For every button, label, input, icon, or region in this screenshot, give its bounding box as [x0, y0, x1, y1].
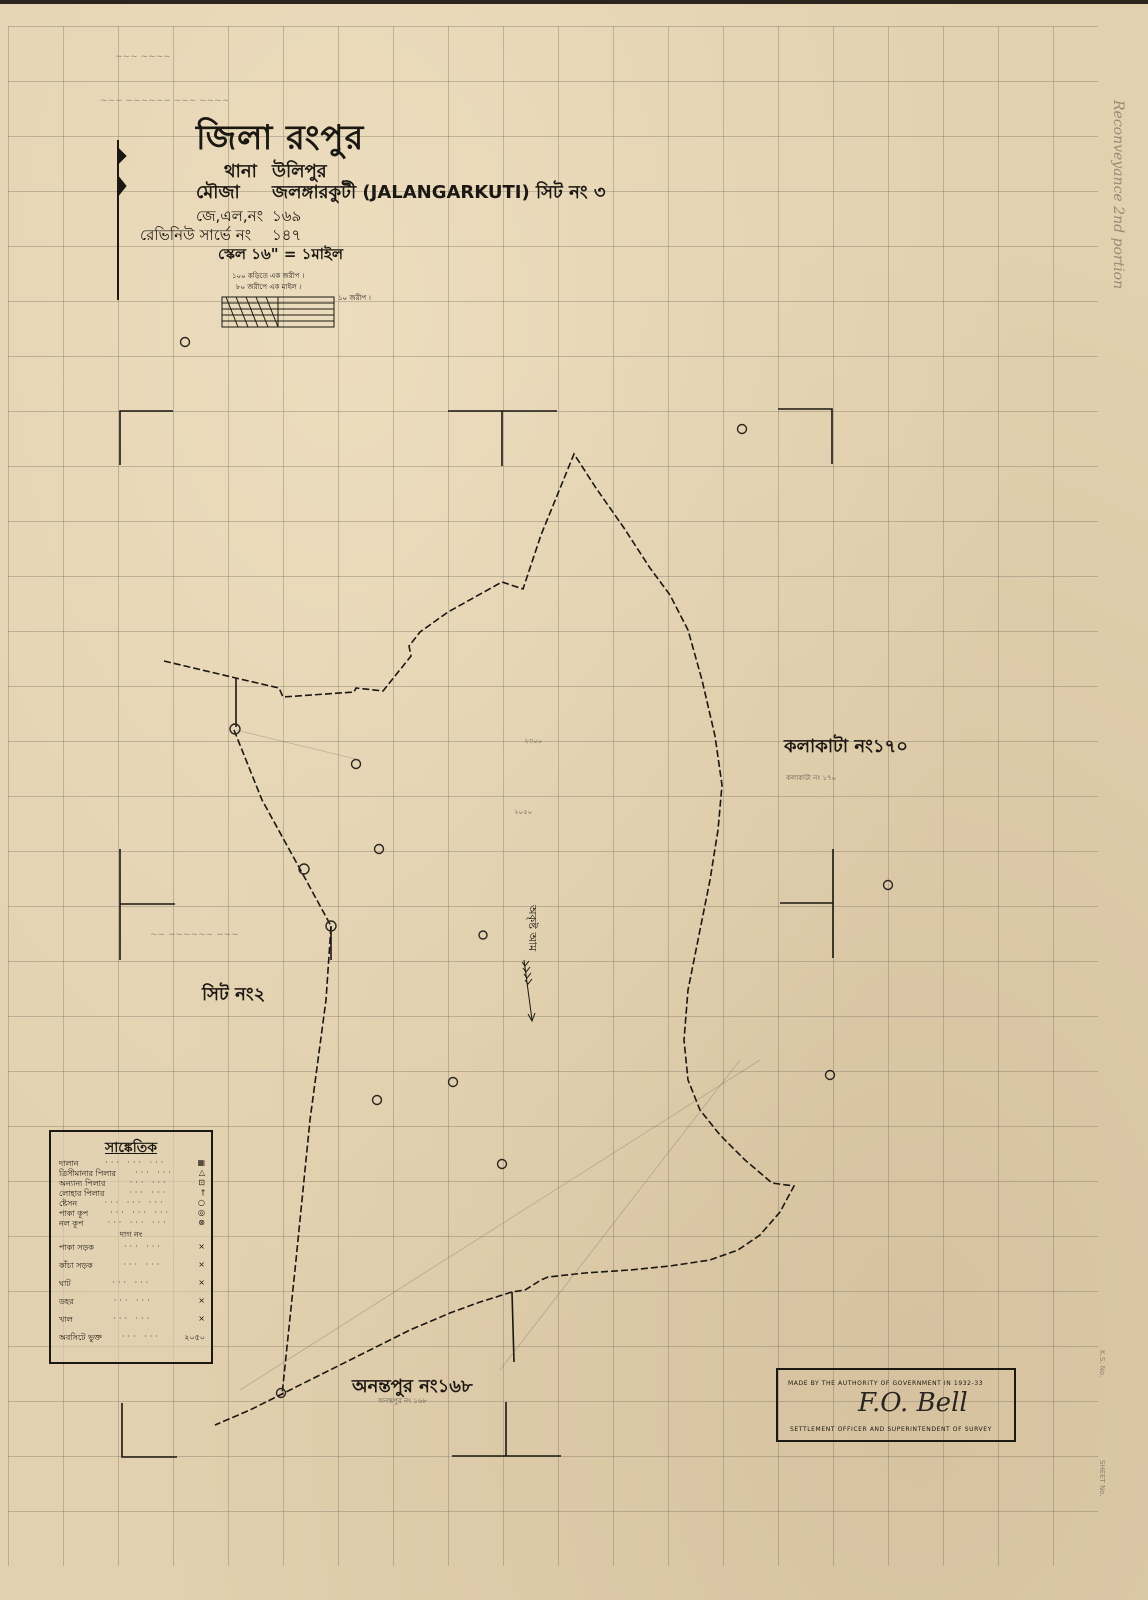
pencil-note-3: ~~ ~~~~~~ ~~~ — [150, 930, 239, 940]
legend-item: পাকা সড়ক··· ···× — [59, 1242, 205, 1252]
station-markers — [181, 338, 893, 1398]
sheet-no-label: SHEET No. — [1098, 1460, 1106, 1497]
legend-item: খাল··· ···× — [59, 1314, 205, 1324]
canal-icon: × — [193, 1314, 205, 1324]
legend-item: লোহার পিলার··· ···† — [59, 1188, 205, 1198]
pencil-lines — [236, 730, 760, 1390]
east-adjacent-label: কলাকাটা নং১৭০ — [784, 732, 908, 763]
triangle-icon: △ — [193, 1168, 205, 1178]
legend-item: অবসিটে ভুক্ত··· ···২০৫০ — [59, 1332, 205, 1342]
scale-bar — [222, 297, 334, 327]
pencil-note-1: ~~~ ~~~~ — [115, 52, 171, 62]
margin-note-right: Reconveyance 2nd portion — [1110, 100, 1126, 289]
signature: F.O. Bell — [858, 1388, 968, 1418]
ghat-icon: × — [193, 1278, 205, 1288]
square-pillar-icon: ⊡ — [193, 1178, 205, 1188]
pencil-note-2: ~~~ ~~~~~~ ~~~ ~~~~ — [100, 96, 229, 106]
road-label-vertical: অকৃষ্ট আম — [522, 905, 541, 951]
well-icon: ◎ — [193, 1208, 205, 1218]
scale-bar-label: ১০ জরীপ । — [338, 292, 371, 304]
map-sheet: জিলা রংপুর থানা উলিপুর মৌজা জলঙ্গারকুটী … — [0, 0, 1148, 1600]
scale-note-2: ৮০ জরীপে এক মাইল । — [236, 281, 301, 293]
legend-item: দালান··· ··· ···▦ — [59, 1158, 205, 1168]
mouza-boundary — [164, 454, 794, 1425]
iron-pillar-icon: † — [193, 1188, 205, 1198]
building-icon: ▦ — [193, 1158, 205, 1168]
plot-number-top: ২৩০০ — [524, 735, 542, 747]
scale-text: স্কেল ১৬" = ১মাইল — [218, 243, 343, 268]
map-legend: সাঙ্কেতিক দালান··· ··· ···▦ ত্রিসীমানার … — [49, 1130, 213, 1364]
plot-number-sample: ২০৫০ — [181, 1332, 205, 1342]
boundary-solid-lines — [236, 678, 514, 1362]
paved-road-icon: × — [193, 1242, 205, 1252]
legend-item: ত্রিসীমানার পিলার··· ···△ — [59, 1168, 205, 1178]
legend-item: পাকা কূপ··· ··· ···◎ — [59, 1208, 205, 1218]
tube-well-icon: ⊗ — [193, 1218, 205, 1228]
legend-item: ষ্টেসন··· ··· ···○ — [59, 1198, 205, 1208]
legend-item: কাঁচা সড়ক··· ···× — [59, 1260, 205, 1270]
west-sheet-label: সিট নং২ — [202, 980, 265, 1011]
ks-no-label: K.S. No. — [1098, 1350, 1106, 1377]
legend-item: ডহর··· ···× — [59, 1296, 205, 1306]
title-bracket — [118, 140, 126, 300]
plot-number-mid: ২০৫০ — [514, 806, 532, 818]
legend-subtitle: দাগ নং — [51, 1229, 211, 1242]
south-adjacent-sublabel: অনন্তপুর নং ১৬৮ — [378, 1395, 427, 1407]
certification-box: MADE BY THE AUTHORITY OF GOVERNMENT IN 1… — [776, 1368, 1016, 1442]
mouza-value: জলঙ্গারকুটী (JALANGARKUTI) সিট নং ৩ — [272, 178, 606, 209]
unpaved-road-icon: × — [193, 1260, 205, 1270]
legend-item: অন্যান্য পিলার··· ···⊡ — [59, 1178, 205, 1188]
station-icon: ○ — [193, 1198, 205, 1208]
legend-title: সাঙ্কেতিক — [51, 1136, 211, 1160]
certification-title: SETTLEMENT OFFICER AND SUPERINTENDENT OF… — [790, 1426, 992, 1433]
east-adjacent-sublabel: কলাকাটা নং ১৭০ — [786, 772, 836, 784]
certification-text: MADE BY THE AUTHORITY OF GOVERNMENT IN 1… — [788, 1380, 983, 1387]
legend-item: ঘাট··· ···× — [59, 1278, 205, 1288]
legend-item: নল কূপ··· ··· ···⊗ — [59, 1218, 205, 1228]
road-arrow — [522, 960, 535, 1021]
dahar-icon: × — [193, 1296, 205, 1306]
